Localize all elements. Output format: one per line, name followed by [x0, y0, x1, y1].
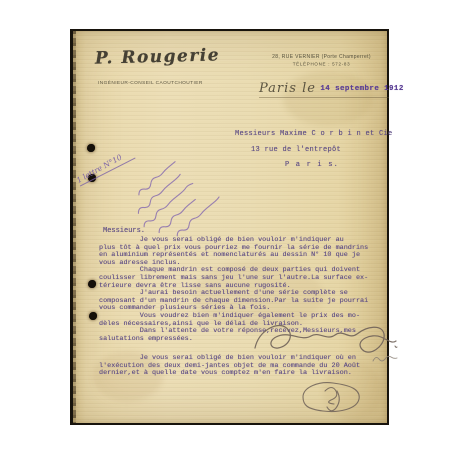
handwritten-margin-note-text: 1 lettre N°10	[75, 153, 123, 185]
dateline-city: Paris le	[259, 81, 316, 96]
recipient-street: 13 rue de l'entrepôt	[251, 146, 341, 154]
letterhead-name: P. Rougerie	[95, 45, 221, 68]
punch-hole	[87, 144, 95, 152]
punch-hole	[89, 312, 97, 320]
letter-paper: P. Rougerie INGÉNIEUR-CONSEIL CAOUTCHOUT…	[70, 29, 389, 425]
dateline: Paris le 14 septembre 1912	[259, 79, 404, 97]
paraph-initials	[295, 379, 365, 415]
recipient-city: P a r i s.	[285, 161, 339, 169]
dateline-rule	[259, 97, 389, 98]
punch-hole	[88, 280, 96, 288]
recipient-name: Messieurs Maxime C o r b i n et Cie	[235, 130, 393, 138]
handwritten-word-est	[371, 353, 399, 365]
handwritten-diagonal-annotation	[125, 141, 260, 241]
letter-postscript: Je vous serai obligé de bien vouloir m'i…	[99, 355, 389, 378]
dateline-date: 14 septembre 1912	[320, 85, 403, 93]
scanned-letter-photo: P. Rougerie INGÉNIEUR-CONSEIL CAOUTCHOUT…	[0, 0, 458, 458]
letterhead-address: 28, RUE VERNIER (Porte Champerret)	[259, 54, 384, 60]
letterhead-address-block: 28, RUE VERNIER (Porte Champerret) TÉLÉP…	[259, 54, 384, 67]
letterhead-phone: TÉLÉPHONE : 572-83	[259, 62, 384, 67]
postscript-line: dernier,et à quelle date vous comptez m'…	[99, 370, 389, 378]
salutation: Messieurs.	[103, 227, 145, 235]
letterhead-subtitle: INGÉNIEUR-CONSEIL CAOUTCHOUTIER	[98, 80, 203, 86]
